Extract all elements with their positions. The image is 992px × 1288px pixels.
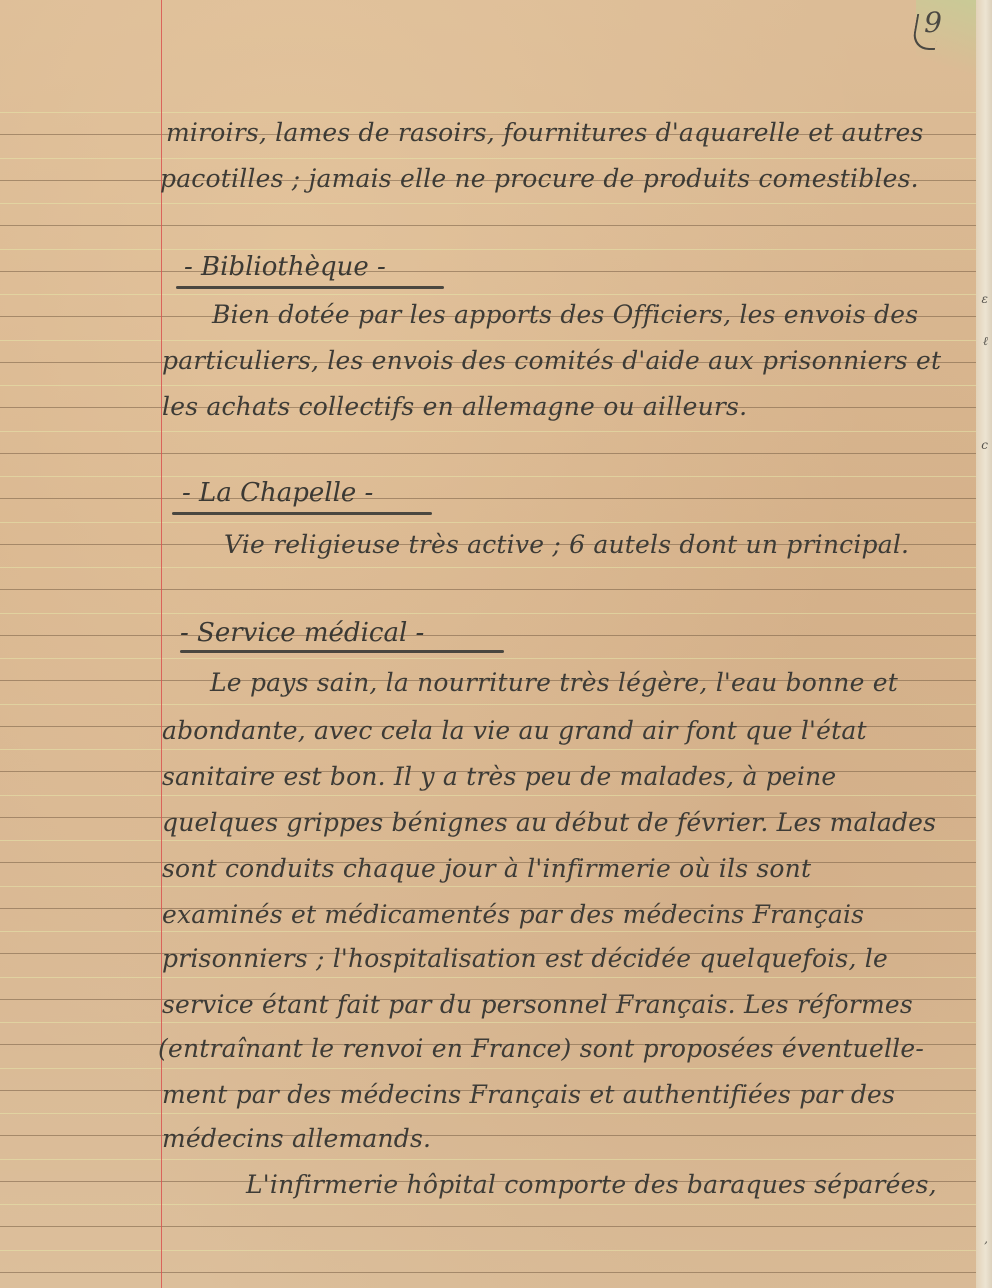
text-line: médecins allemands. bbox=[162, 1124, 431, 1153]
rule-line-faint bbox=[0, 567, 976, 568]
rule-line-faint bbox=[0, 886, 976, 887]
rule-line-faint bbox=[0, 385, 976, 386]
rule-line-faint bbox=[0, 294, 976, 295]
text-line: sont conduits chaque jour à l'infirmerie… bbox=[162, 854, 811, 883]
rule-line-faint bbox=[0, 476, 976, 477]
rule-line-faint bbox=[0, 840, 976, 841]
rule-line bbox=[0, 1272, 976, 1273]
rule-line-faint bbox=[0, 1022, 976, 1023]
edge-ink-mark: ℓ bbox=[983, 334, 988, 349]
page-number: 9 bbox=[924, 6, 942, 39]
rule-line bbox=[0, 225, 976, 226]
text-line: prisonniers ; l'hospitalisation est déci… bbox=[162, 944, 888, 973]
rule-line-faint bbox=[0, 1113, 976, 1114]
rule-line bbox=[0, 271, 976, 272]
rule-line-faint bbox=[0, 704, 976, 705]
next-page-edge bbox=[976, 0, 992, 1288]
rule-line-faint bbox=[0, 977, 976, 978]
section-heading-chapelle: - La Chapelle - bbox=[182, 478, 373, 508]
text-line: Vie religieuse très active ; 6 autels do… bbox=[224, 530, 909, 559]
text-line: ment par des médecins Français et authen… bbox=[162, 1080, 895, 1109]
rule-line-faint bbox=[0, 203, 976, 204]
text-line: abondante, avec cela la vie au grand air… bbox=[162, 716, 867, 745]
text-line: (entraînant le renvoi en France) sont pr… bbox=[158, 1034, 924, 1063]
rule-line bbox=[0, 635, 976, 636]
rule-line-faint bbox=[0, 112, 976, 113]
text-line: examinés et médicamentés par des médecin… bbox=[162, 900, 864, 929]
text-line: miroirs, lames de rasoirs, fournitures d… bbox=[166, 118, 924, 147]
text-line: L'infirmerie hôpital comporte des baraqu… bbox=[246, 1170, 937, 1199]
text-line: sanitaire est bon. Il y a très peu de ma… bbox=[162, 762, 836, 791]
rule-line-faint bbox=[0, 1159, 976, 1160]
rule-line-faint bbox=[0, 931, 976, 932]
text-line: quelques grippes bénignes au début de fé… bbox=[162, 808, 936, 837]
rule-line-faint bbox=[0, 613, 976, 614]
rule-line-faint bbox=[0, 522, 976, 523]
rule-line-faint bbox=[0, 158, 976, 159]
edge-ink-mark: , bbox=[984, 1232, 988, 1246]
notebook-page: 9 miroirs, lames de rasoirs, fournitures… bbox=[0, 0, 976, 1288]
rule-line bbox=[0, 498, 976, 499]
heading-underline bbox=[176, 286, 444, 289]
text-line: Le pays sain, la nourriture très légère,… bbox=[210, 668, 898, 697]
rule-line bbox=[0, 1135, 976, 1136]
rule-line bbox=[0, 453, 976, 454]
rule-line-faint bbox=[0, 749, 976, 750]
heading-underline bbox=[180, 650, 504, 653]
rule-line-faint bbox=[0, 1250, 976, 1251]
heading-underline bbox=[172, 512, 432, 515]
section-heading-service-medical: - Service médical - bbox=[180, 618, 424, 648]
text-line: particuliers, les envois des comités d'a… bbox=[162, 346, 941, 375]
rule-line-faint bbox=[0, 249, 976, 250]
rule-line-faint bbox=[0, 658, 976, 659]
rule-line-faint bbox=[0, 795, 976, 796]
rule-line-faint bbox=[0, 431, 976, 432]
text-line: service étant fait par du personnel Fran… bbox=[162, 990, 913, 1019]
text-line: pacotilles ; jamais elle ne procure de p… bbox=[160, 164, 919, 193]
rule-line bbox=[0, 1226, 976, 1227]
rule-line-faint bbox=[0, 340, 976, 341]
rule-line-faint bbox=[0, 1204, 976, 1205]
rule-line bbox=[0, 589, 976, 590]
text-line: les achats collectifs en allemagne ou ai… bbox=[162, 392, 747, 421]
section-heading-bibliotheque: - Bibliothèque - bbox=[184, 252, 386, 282]
rule-line-faint bbox=[0, 1068, 976, 1069]
edge-ink-mark: ε bbox=[982, 292, 988, 306]
edge-ink-mark: c bbox=[981, 438, 988, 452]
text-line: Bien dotée par les apports des Officiers… bbox=[212, 300, 918, 329]
